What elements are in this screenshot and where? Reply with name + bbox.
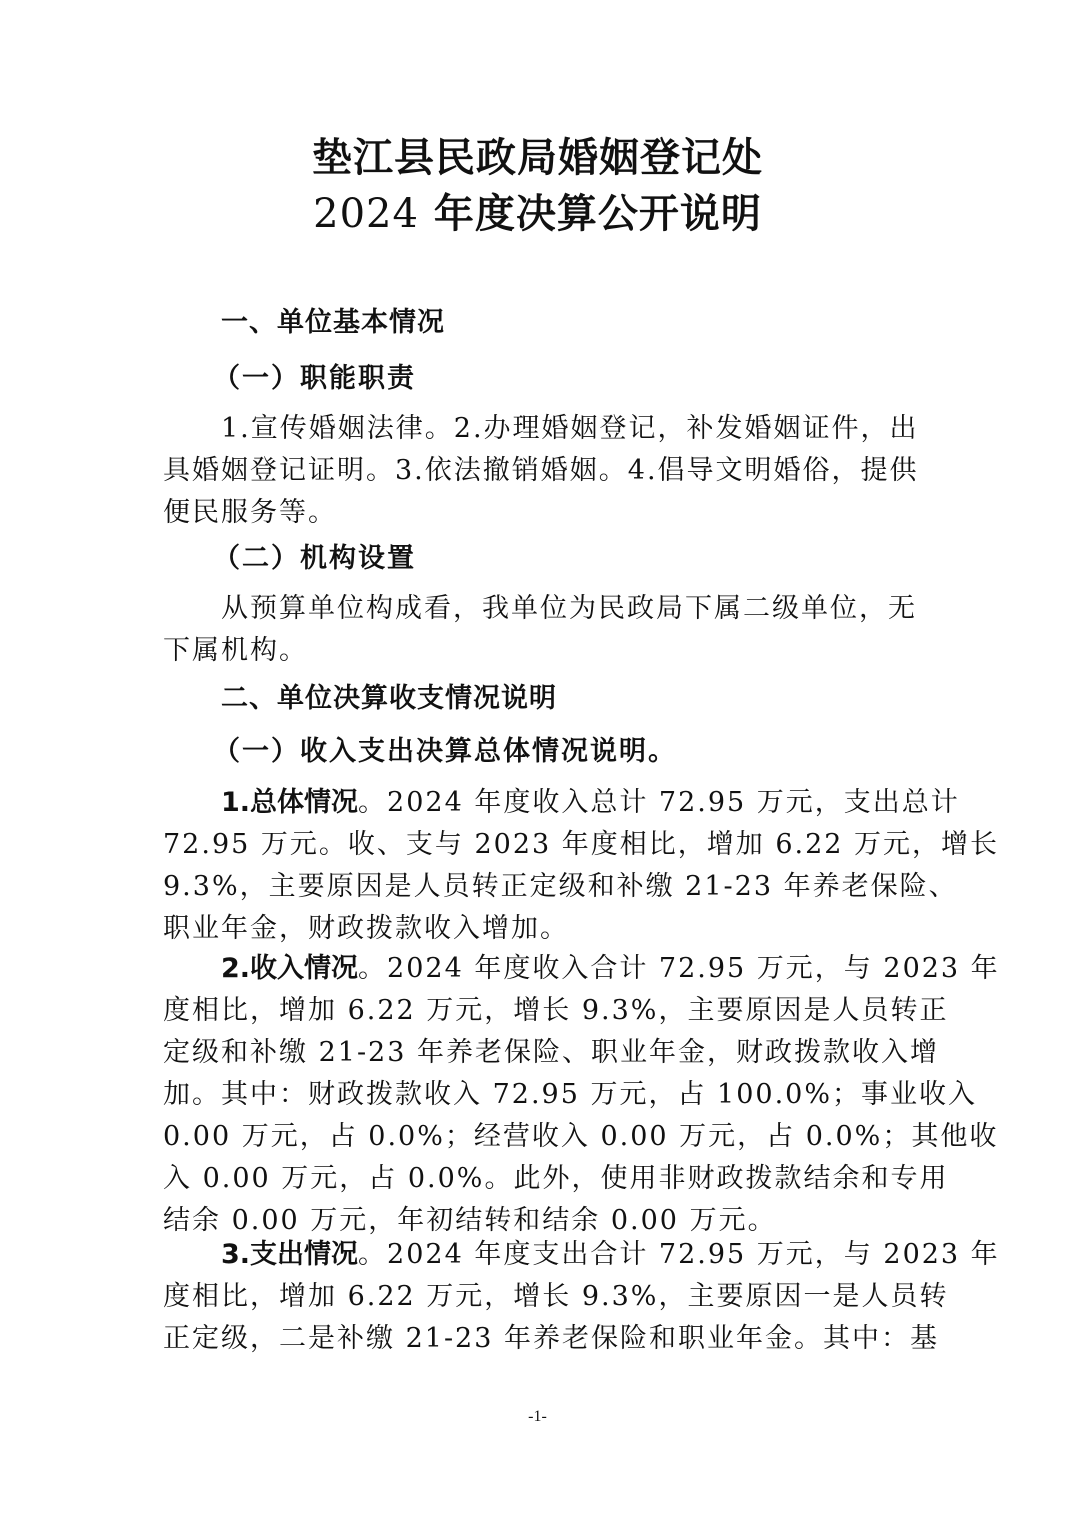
section-heading-basic-info: 一、单位基本情况 <box>221 302 913 344</box>
paragraph-lead-overall: 1.总体情况 <box>221 787 358 818</box>
paragraph-line: 加。其中：财政拨款收入 72.95 万元，占 100.0%；事业收入 <box>163 1074 913 1116</box>
paragraph-line: 便民服务等。 <box>163 492 913 534</box>
paragraph-text: 。2024 年度收入总计 72.95 万元，支出总计 <box>358 787 960 818</box>
document-title-line2: 2024 年度决算公开说明 <box>0 188 1075 240</box>
paragraph-line: 从预算单位构成看，我单位为民政局下属二级单位，无 <box>221 588 913 630</box>
paragraph-line: 定级和补缴 21-23 年养老保险、职业年金，财政拨款收入增 <box>163 1032 913 1074</box>
paragraph-lead-income: 2.收入情况 <box>221 953 358 984</box>
subsection-heading-organization: （二）机构设置 <box>213 538 905 580</box>
paragraph-line: 下属机构。 <box>163 630 913 672</box>
subsection-heading-overall: （一）收入支出决算总体情况说明。 <box>213 731 905 773</box>
paragraph-line: 2.收入情况。2024 年度收入合计 72.95 万元，与 2023 年 <box>221 948 913 990</box>
paragraph-text: 。2024 年度收入合计 72.95 万元，与 2023 年 <box>358 953 1000 984</box>
paragraph-line: 9.3%，主要原因是人员转正定级和补缴 21-23 年养老保险、 <box>163 866 913 908</box>
title-rest: 年度决算公开说明 <box>419 190 762 237</box>
paragraph-line: 1.宣传婚姻法律。2.办理婚姻登记，补发婚姻证件，出 <box>221 408 913 450</box>
subsection-heading-duties: （一）职能职责 <box>213 358 905 400</box>
paragraph-text: 。2024 年度支出合计 72.95 万元，与 2023 年 <box>358 1239 1000 1270</box>
document-title-line1: 垫江县民政局婚姻登记处 <box>0 132 1075 184</box>
paragraph-line: 职业年金，财政拨款收入增加。 <box>163 908 913 950</box>
paragraph-line: 入 0.00 万元，占 0.0%。此外，使用非财政拨款结余和专用 <box>163 1158 913 1200</box>
paragraph-line: 度相比，增加 6.22 万元，增长 9.3%，主要原因是人员转正 <box>163 990 913 1032</box>
paragraph-line: 具婚姻登记证明。3.依法撤销婚姻。4.倡导文明婚俗，提供 <box>163 450 913 492</box>
paragraph-line: 度相比，增加 6.22 万元，增长 9.3%，主要原因一是人员转 <box>163 1276 913 1318</box>
title-year: 2024 <box>313 191 419 237</box>
document-page: 垫江县民政局婚姻登记处 2024 年度决算公开说明 一、单位基本情况 （一）职能… <box>0 0 1075 1520</box>
paragraph-line: 正定级，二是补缴 21-23 年养老保险和职业年金。其中：基 <box>163 1318 913 1360</box>
page-number: -1- <box>0 1408 1075 1426</box>
paragraph-line: 0.00 万元，占 0.0%；经营收入 0.00 万元，占 0.0%；其他收 <box>163 1116 913 1158</box>
paragraph-line: 72.95 万元。收、支与 2023 年度相比，增加 6.22 万元，增长 <box>163 824 913 866</box>
paragraph-line: 1.总体情况。2024 年度收入总计 72.95 万元，支出总计 <box>221 782 913 824</box>
section-heading-budget: 二、单位决算收支情况说明 <box>221 678 913 720</box>
paragraph-lead-expenditure: 3.支出情况 <box>221 1239 358 1270</box>
paragraph-line: 3.支出情况。2024 年度支出合计 72.95 万元，与 2023 年 <box>221 1234 913 1276</box>
